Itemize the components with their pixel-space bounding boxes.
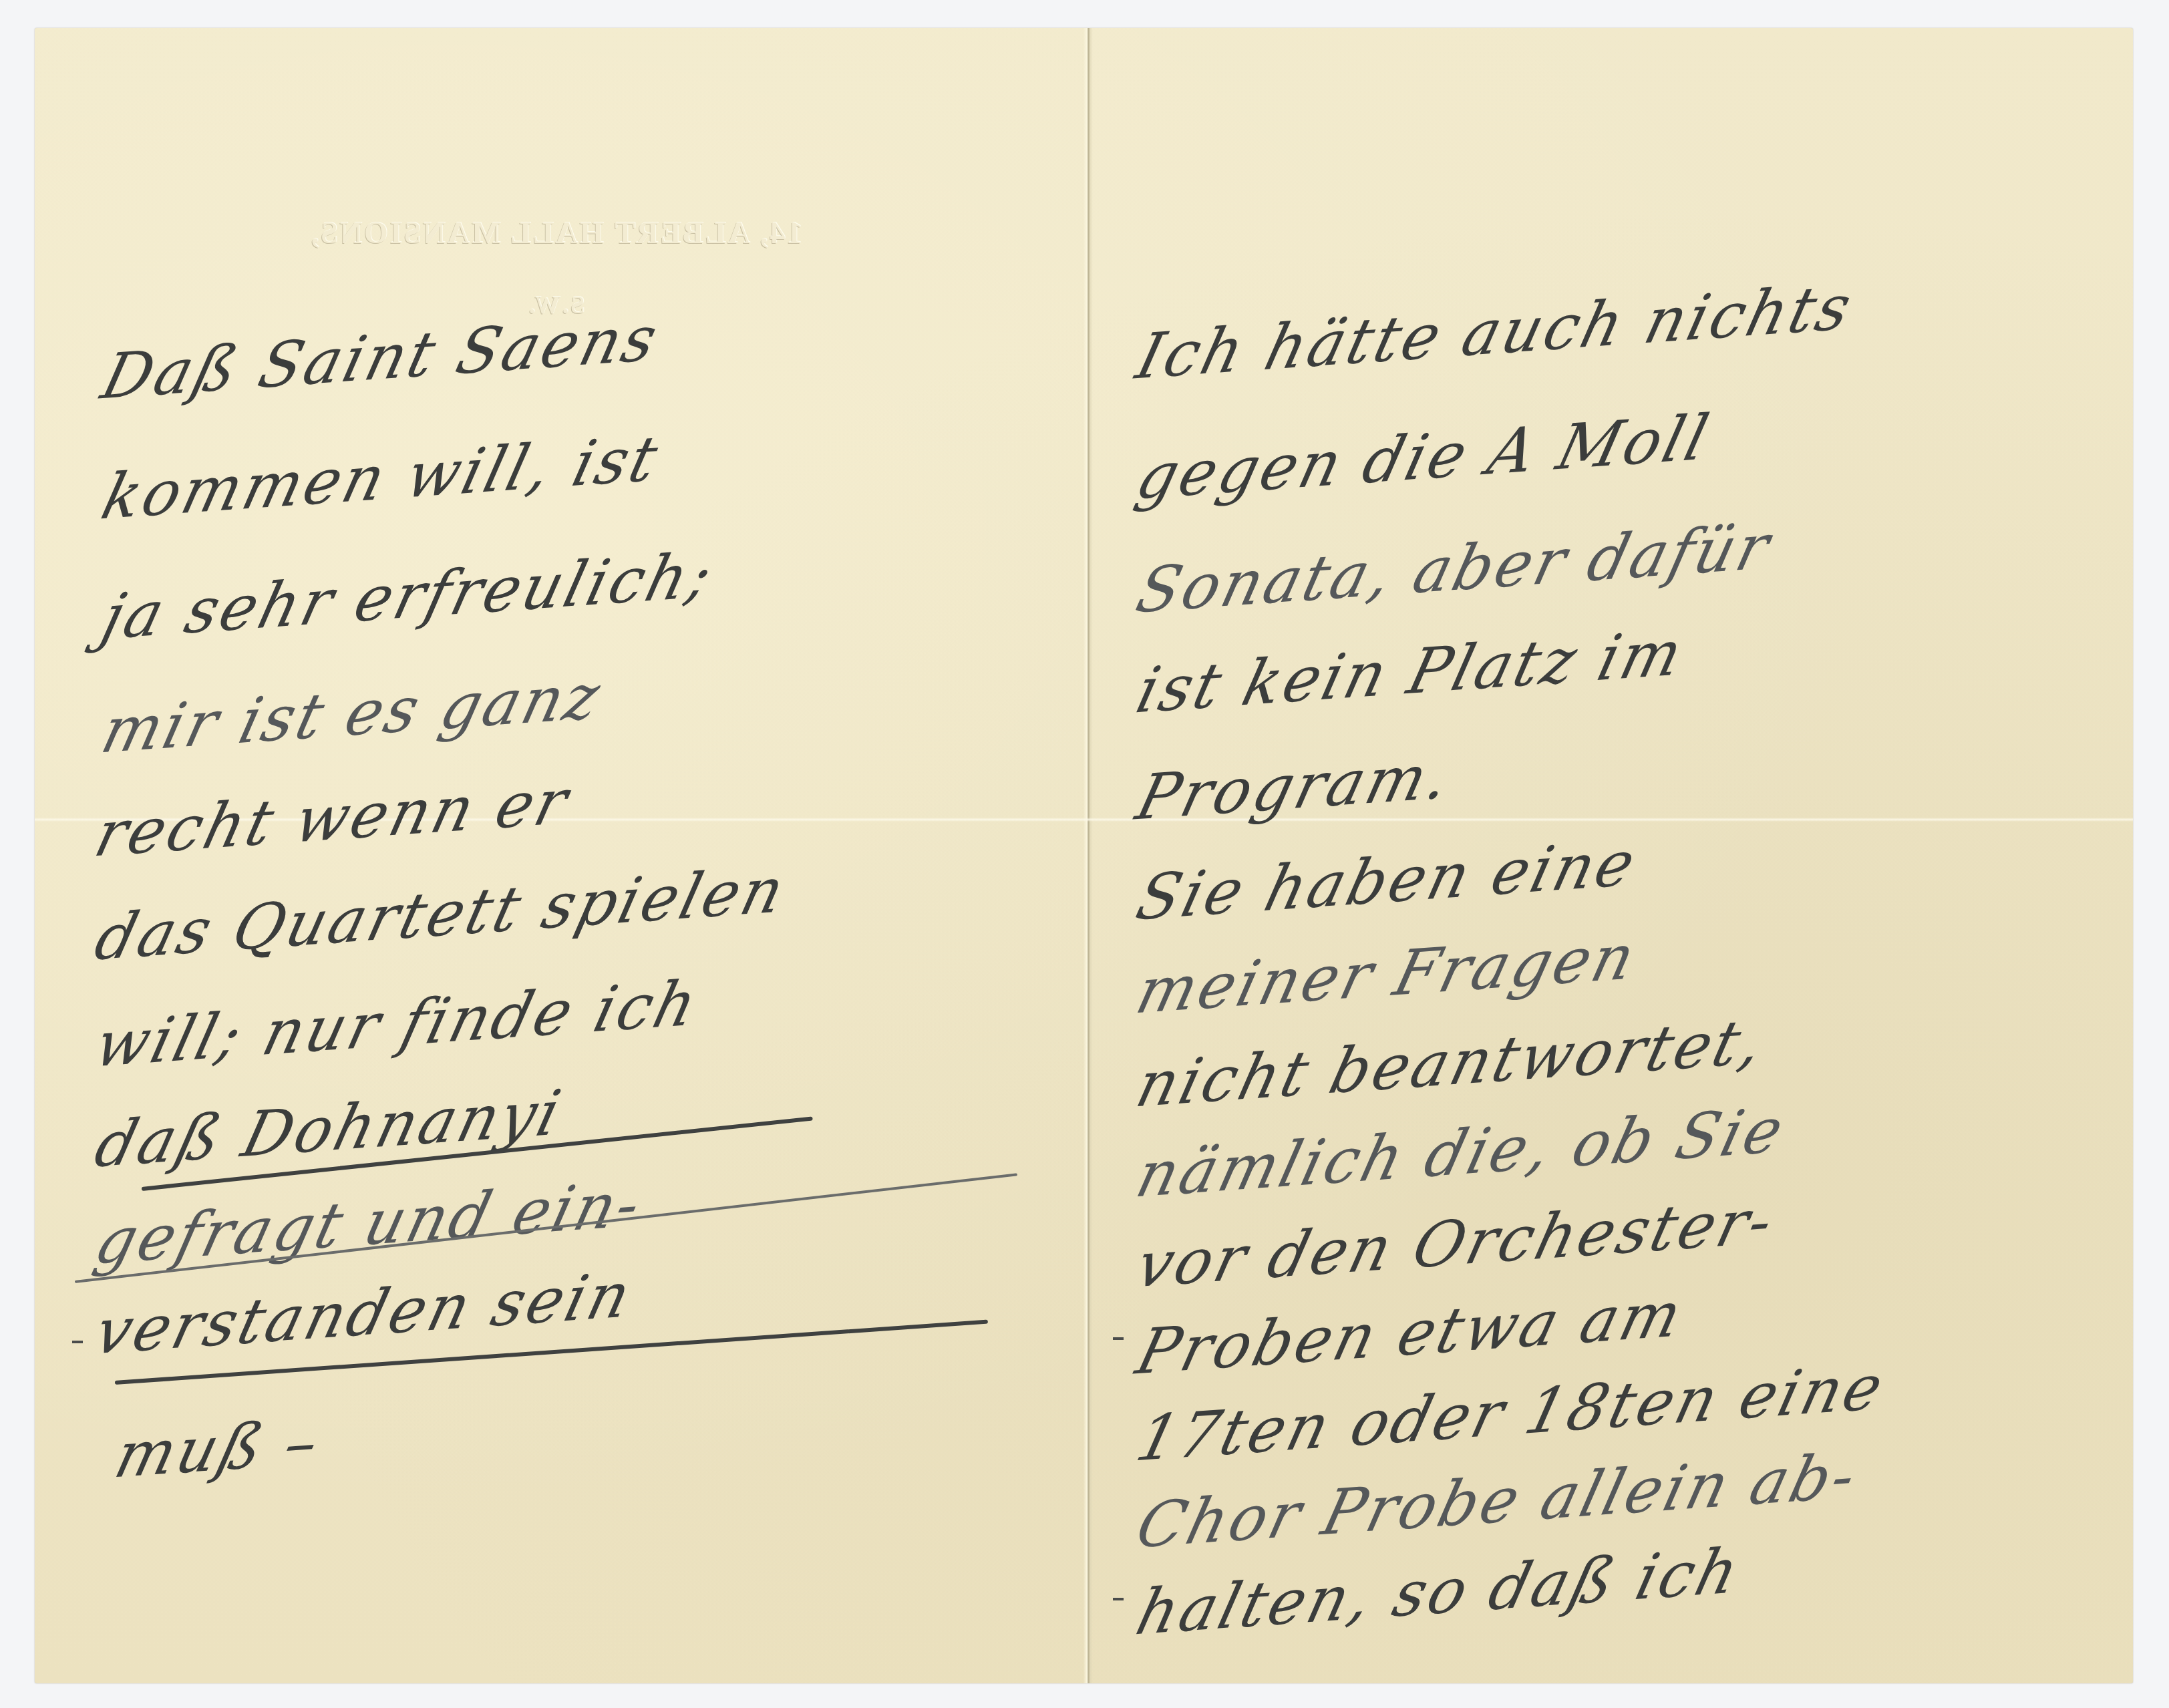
right-page: Ich hätte auch nichts gegen die A Moll S…	[1093, 28, 2133, 1683]
hyphen-mark	[1113, 1337, 1124, 1340]
handwritten-line: Program.	[1130, 739, 1460, 834]
center-fold	[1083, 28, 1093, 1683]
handwritten-line: ja sehr erfreulich;	[95, 538, 722, 654]
handwritten-line: ist kein Platz im	[1130, 617, 1692, 727]
handwritten-line: muß –	[108, 1405, 329, 1492]
handwritten-line: recht wenn er	[88, 765, 577, 871]
handwritten-line: Ich hätte auch nichts	[1130, 271, 1860, 393]
embossed-letterhead: 14, ALBERT HALL MANSIONS, S.W.	[188, 215, 923, 320]
handwritten-line: mir ist es ganz	[95, 660, 610, 767]
letter-sheet: 14, ALBERT HALL MANSIONS, S.W. Daß Saint…	[35, 28, 2133, 1683]
handwritten-line: kommen will, ist	[95, 422, 667, 534]
hyphen-mark	[1113, 1598, 1124, 1600]
letterhead-address: 14, ALBERT HALL MANSIONS,	[188, 215, 923, 250]
handwritten-line: daß Dohnanyi	[88, 1076, 570, 1182]
handwritten-line: Sie haben eine	[1130, 827, 1645, 934]
handwritten-line: das Quartett spielen	[88, 854, 794, 975]
handwritten-line: gegen die A Moll	[1130, 401, 1717, 514]
left-page: 14, ALBERT HALL MANSIONS, S.W. Daß Saint…	[35, 28, 1083, 1683]
handwritten-line: will; nur finde ich	[88, 967, 707, 1081]
handwritten-line: Sonata, aber dafür	[1130, 510, 1779, 627]
hyphen-mark	[72, 1341, 83, 1343]
handwritten-line: meiner Fragen	[1130, 920, 1645, 1028]
